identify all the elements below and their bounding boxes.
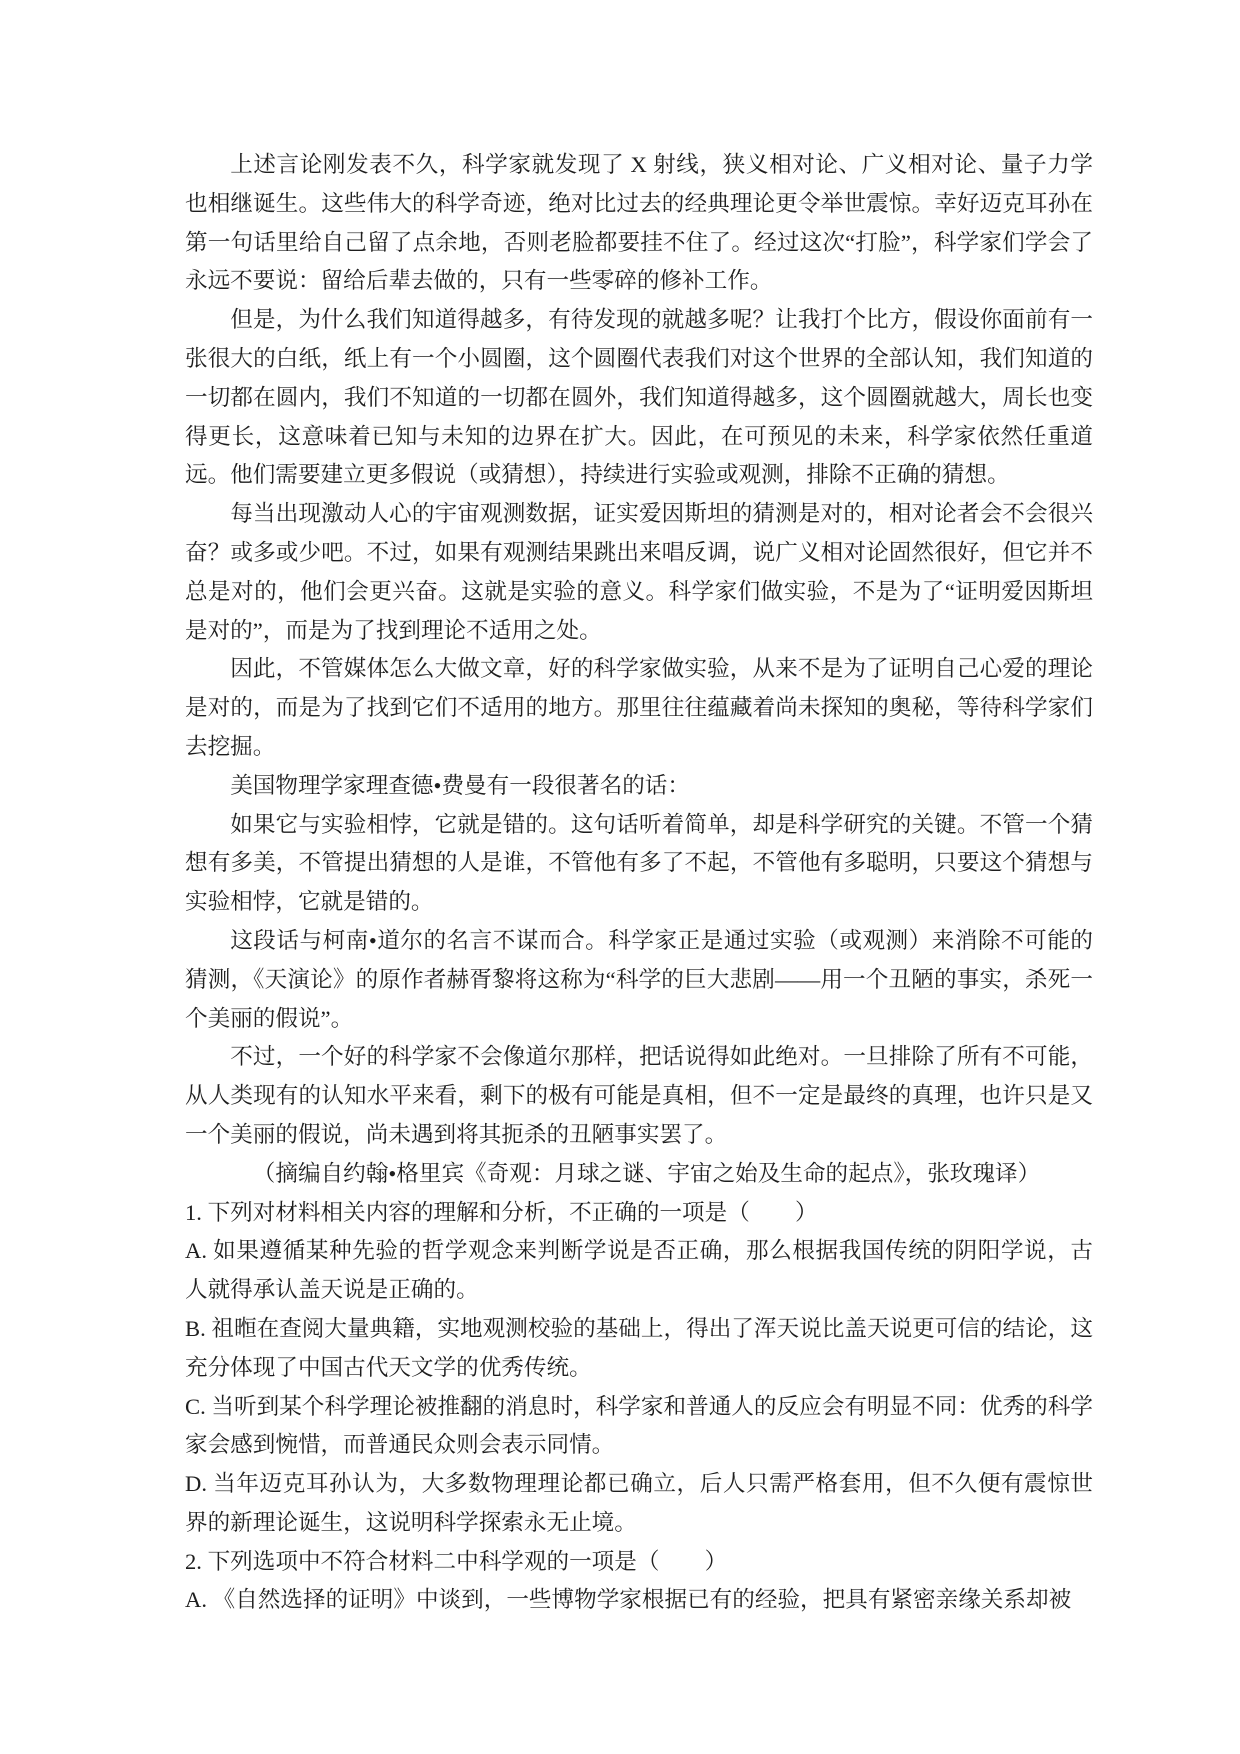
question-2-option-a: A. 《自然选择的证明》中谈到，一些博物学家根据已有的经验，把具有紧密亲缘关系却… xyxy=(185,1581,1093,1620)
document-page: 上述言论刚发表不久，科学家就发现了 X 射线，狭义相对论、广义相对论、量子力学也… xyxy=(0,0,1240,1754)
question-1-stem: 1. 下列对材料相关内容的理解和分析，不正确的一项是（ ） xyxy=(185,1194,1093,1233)
body-paragraph-5: 美国物理学家理查德•费曼有一段很著名的话： xyxy=(185,767,1093,806)
body-paragraph-8: 不过，一个好的科学家不会像道尔那样，把话说得如此绝对。一旦排除了所有不可能，从人… xyxy=(185,1038,1093,1154)
body-paragraph-7: 这段话与柯南•道尔的名言不谋而合。科学家正是通过实验（或观测）来消除不可能的猜测… xyxy=(185,922,1093,1038)
body-paragraph-1: 上述言论刚发表不久，科学家就发现了 X 射线，狭义相对论、广义相对论、量子力学也… xyxy=(185,146,1093,301)
question-2-stem: 2. 下列选项中不符合材料二中科学观的一项是（ ） xyxy=(185,1543,1093,1582)
question-1-option-c: C. 当听到某个科学理论被推翻的消息时，科学家和普通人的反应会有明显不同：优秀的… xyxy=(185,1388,1093,1466)
question-1-option-d: D. 当年迈克耳孙认为，大多数物理理论都已确立，后人只需严格套用，但不久便有震惊… xyxy=(185,1465,1093,1543)
document-content: 上述言论刚发表不久，科学家就发现了 X 射线，狭义相对论、广义相对论、量子力学也… xyxy=(185,146,1093,1620)
body-paragraph-4: 因此，不管媒体怎么大做文章，好的科学家做实验，从来不是为了证明自己心爱的理论是对… xyxy=(185,650,1093,766)
question-1-option-b: B. 祖暅在查阅大量典籍，实地观测校验的基础上，得出了浑天说比盖天说更可信的结论… xyxy=(185,1310,1093,1388)
question-1-option-a: A. 如果遵循某种先验的哲学观念来判断学说是否正确，那么根据我国传统的阴阳学说，… xyxy=(185,1232,1093,1310)
attribution-line: （摘编自约翰•格里宾《奇观：月球之谜、宇宙之始及生命的起点》，张玫瑰译） xyxy=(185,1155,1093,1194)
body-paragraph-2: 但是，为什么我们知道得越多，有待发现的就越多呢？让我打个比方，假设你面前有一张很… xyxy=(185,301,1093,495)
body-paragraph-3: 每当出现激动人心的宇宙观测数据，证实爱因斯坦的猜测是对的，相对论者会不会很兴奋？… xyxy=(185,495,1093,650)
body-paragraph-6: 如果它与实验相悖，它就是错的。这句话听着简单，却是科学研究的关键。不管一个猜想有… xyxy=(185,806,1093,922)
